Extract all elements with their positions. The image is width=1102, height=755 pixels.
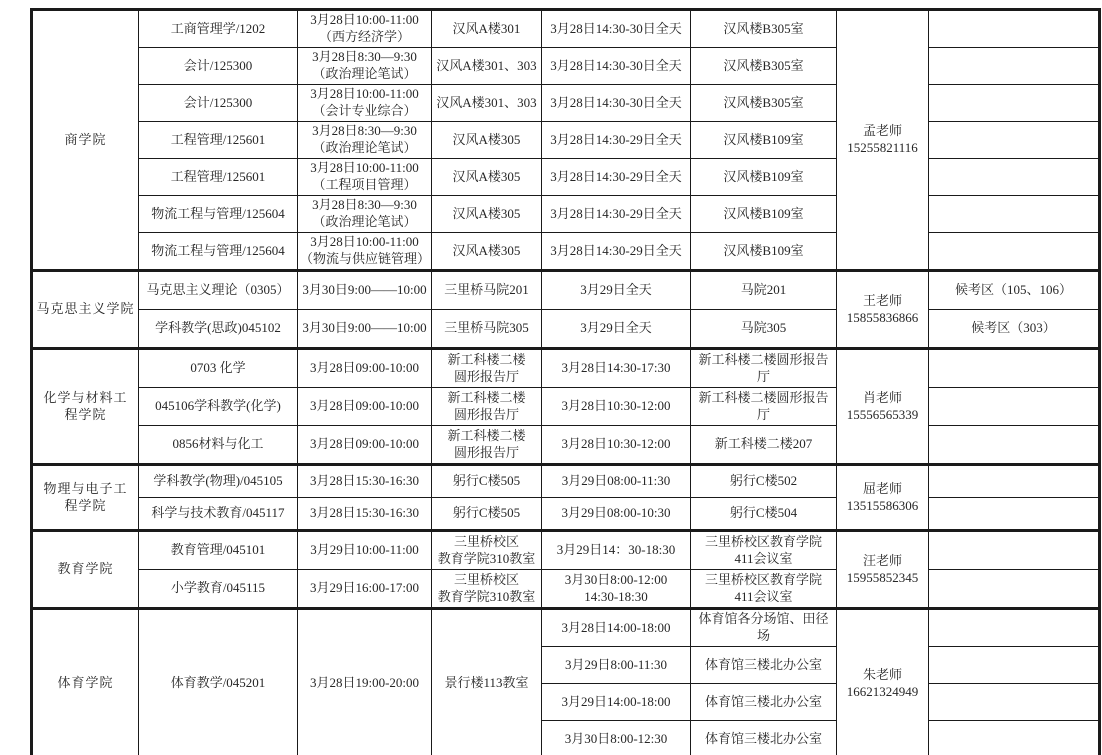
note-cell xyxy=(929,570,1100,609)
interview-time-cell: 3月28日14:30-29日全天 xyxy=(542,159,691,196)
table-row: 物理与电子工程学院学科教学(物理)/0451053月28日15:30-16:30… xyxy=(32,465,1100,498)
exam-location-cell: 景行楼113教室 xyxy=(432,609,542,755)
interview-location-cell: 汉风楼B109室 xyxy=(691,159,837,196)
note-cell: 候考区（105、106） xyxy=(929,271,1100,310)
table-row: 工程管理/1256013月28日8:30—9:30（政治理论笔试）汉风A楼305… xyxy=(32,122,1100,159)
interview-time-cell: 3月30日8:00-12:0014:30-18:30 xyxy=(542,570,691,609)
exam-location-cell: 三里桥校区教育学院310教室 xyxy=(432,570,542,609)
exam-time-cell: 3月28日8:30—9:30（政治理论笔试） xyxy=(298,48,432,85)
exam-time-cell: 3月29日16:00-17:00 xyxy=(298,570,432,609)
interview-time-cell: 3月28日14:30-17:30 xyxy=(542,349,691,388)
note-cell xyxy=(929,609,1100,647)
table-row: 商学院工商管理学/12023月28日10:00-11:00（西方经济学）汉风A楼… xyxy=(32,10,1100,48)
interview-location-cell: 体育馆三楼北办公室 xyxy=(691,647,837,684)
contact-cell: 孟老师15255821116 xyxy=(837,10,929,271)
interview-location-cell: 马院201 xyxy=(691,271,837,310)
interview-time-cell: 3月28日14:30-29日全天 xyxy=(542,233,691,271)
program-cell: 小学教育/045115 xyxy=(139,570,298,609)
exam-schedule-body: 商学院工商管理学/12023月28日10:00-11:00（西方经济学）汉风A楼… xyxy=(32,10,1100,755)
interview-time-cell: 3月28日14:30-29日全天 xyxy=(542,196,691,233)
table-row: 会计/1253003月28日10:00-11:00（会计专业综合）汉风A楼301… xyxy=(32,85,1100,122)
note-cell xyxy=(929,85,1100,122)
program-cell: 科学与技术教育/045117 xyxy=(139,498,298,531)
table-row: 体育学院体育教学/0452013月28日19:00-20:00景行楼113教室3… xyxy=(32,609,1100,647)
interview-location-cell: 汉风楼B305室 xyxy=(691,10,837,48)
interview-location-cell: 体育馆三楼北办公室 xyxy=(691,721,837,755)
exam-time-cell: 3月28日09:00-10:00 xyxy=(298,349,432,388)
interview-location-cell: 三里桥校区教育学院411会议室 xyxy=(691,570,837,609)
table-row: 小学教育/0451153月29日16:00-17:00三里桥校区教育学院310教… xyxy=(32,570,1100,609)
exam-location-cell: 汉风A楼301、303 xyxy=(432,85,542,122)
college-cell: 化学与材料工程学院 xyxy=(32,349,139,465)
exam-location-cell: 汉风A楼305 xyxy=(432,122,542,159)
interview-time-cell: 3月29日全天 xyxy=(542,271,691,310)
program-cell: 物流工程与管理/125604 xyxy=(139,196,298,233)
interview-time-cell: 3月28日14:00-18:00 xyxy=(542,609,691,647)
exam-location-cell: 汉风A楼301、303 xyxy=(432,48,542,85)
exam-time-cell: 3月30日9:00——10:00 xyxy=(298,271,432,310)
exam-location-cell: 躬行C楼505 xyxy=(432,465,542,498)
program-cell: 0856材料与化工 xyxy=(139,426,298,465)
exam-time-cell: 3月30日9:00——10:00 xyxy=(298,310,432,349)
interview-location-cell: 新工科楼二楼圆形报告厅 xyxy=(691,388,837,426)
exam-time-cell: 3月28日15:30-16:30 xyxy=(298,498,432,531)
table-row: 0856材料与化工3月28日09:00-10:00新工科楼二楼圆形报告厅3月28… xyxy=(32,426,1100,465)
table-row: 物流工程与管理/1256043月28日10:00-11:00（物流与供应链管理）… xyxy=(32,233,1100,271)
exam-time-cell: 3月28日10:00-11:00（工程项目管理） xyxy=(298,159,432,196)
interview-location-cell: 汉风楼B109室 xyxy=(691,196,837,233)
exam-location-cell: 汉风A楼305 xyxy=(432,196,542,233)
program-cell: 工商管理学/1202 xyxy=(139,10,298,48)
interview-time-cell: 3月28日14:30-30日全天 xyxy=(542,10,691,48)
exam-location-cell: 汉风A楼305 xyxy=(432,233,542,271)
exam-time-cell: 3月28日10:00-11:00（会计专业综合） xyxy=(298,85,432,122)
exam-location-cell: 汉风A楼305 xyxy=(432,159,542,196)
college-cell: 商学院 xyxy=(32,10,139,271)
interview-location-cell: 汉风楼B305室 xyxy=(691,48,837,85)
interview-location-cell: 汉风楼B109室 xyxy=(691,122,837,159)
note-cell xyxy=(929,684,1100,721)
exam-time-cell: 3月28日8:30—9:30（政治理论笔试） xyxy=(298,196,432,233)
note-cell xyxy=(929,465,1100,498)
contact-cell: 肖老师15556565339 xyxy=(837,349,929,465)
table-row: 科学与技术教育/0451173月28日15:30-16:30躬行C楼5053月2… xyxy=(32,498,1100,531)
note-cell xyxy=(929,498,1100,531)
table-row: 物流工程与管理/1256043月28日8:30—9:30（政治理论笔试）汉风A楼… xyxy=(32,196,1100,233)
note-cell xyxy=(929,122,1100,159)
exam-location-cell: 汉风A楼301 xyxy=(432,10,542,48)
program-cell: 工程管理/125601 xyxy=(139,122,298,159)
contact-cell: 王老师15855836866 xyxy=(837,271,929,349)
interview-location-cell: 新工科楼二楼207 xyxy=(691,426,837,465)
interview-time-cell: 3月28日10:30-12:00 xyxy=(542,426,691,465)
program-cell: 会计/125300 xyxy=(139,48,298,85)
note-cell xyxy=(929,10,1100,48)
table-row: 工程管理/1256013月28日10:00-11:00（工程项目管理）汉风A楼3… xyxy=(32,159,1100,196)
note-cell xyxy=(929,531,1100,570)
program-cell: 045106学科教学(化学) xyxy=(139,388,298,426)
interview-time-cell: 3月29日14:00-18:00 xyxy=(542,684,691,721)
college-cell: 体育学院 xyxy=(32,609,139,755)
program-cell: 马克思主义理论（0305） xyxy=(139,271,298,310)
interview-time-cell: 3月28日14:30-30日全天 xyxy=(542,85,691,122)
note-cell xyxy=(929,388,1100,426)
college-cell: 物理与电子工程学院 xyxy=(32,465,139,531)
table-row: 马克思主义学院马克思主义理论（0305）3月30日9:00——10:00三里桥马… xyxy=(32,271,1100,310)
interview-time-cell: 3月29日8:00-11:30 xyxy=(542,647,691,684)
program-cell: 体育教学/045201 xyxy=(139,609,298,755)
interview-time-cell: 3月30日8:00-12:30 xyxy=(542,721,691,755)
interview-time-cell: 3月29日08:00-10:30 xyxy=(542,498,691,531)
exam-time-cell: 3月28日09:00-10:00 xyxy=(298,388,432,426)
note-cell xyxy=(929,721,1100,755)
note-cell xyxy=(929,349,1100,388)
table-row: 会计/1253003月28日8:30—9:30（政治理论笔试）汉风A楼301、3… xyxy=(32,48,1100,85)
exam-time-cell: 3月28日09:00-10:00 xyxy=(298,426,432,465)
exam-location-cell: 三里桥马院201 xyxy=(432,271,542,310)
college-cell: 教育学院 xyxy=(32,531,139,609)
note-cell xyxy=(929,426,1100,465)
interview-location-cell: 汉风楼B305室 xyxy=(691,85,837,122)
exam-schedule-page: 商学院工商管理学/12023月28日10:00-11:00（西方经济学）汉风A楼… xyxy=(0,0,1102,755)
program-cell: 教育管理/045101 xyxy=(139,531,298,570)
program-cell: 工程管理/125601 xyxy=(139,159,298,196)
note-cell xyxy=(929,233,1100,271)
table-row: 045106学科教学(化学)3月28日09:00-10:00新工科楼二楼圆形报告… xyxy=(32,388,1100,426)
interview-location-cell: 马院305 xyxy=(691,310,837,349)
exam-schedule-table: 商学院工商管理学/12023月28日10:00-11:00（西方经济学）汉风A楼… xyxy=(30,8,1101,755)
program-cell: 学科教学(物理)/045105 xyxy=(139,465,298,498)
exam-location-cell: 新工科楼二楼圆形报告厅 xyxy=(432,388,542,426)
table-row: 学科教学(思政)0451023月30日9:00——10:00三里桥马院3053月… xyxy=(32,310,1100,349)
exam-location-cell: 躬行C楼505 xyxy=(432,498,542,531)
contact-cell: 屈老师13515586306 xyxy=(837,465,929,531)
interview-time-cell: 3月28日14:30-30日全天 xyxy=(542,48,691,85)
exam-location-cell: 新工科楼二楼圆形报告厅 xyxy=(432,426,542,465)
interview-time-cell: 3月28日10:30-12:00 xyxy=(542,388,691,426)
contact-cell: 汪老师15955852345 xyxy=(837,531,929,609)
interview-time-cell: 3月29日全天 xyxy=(542,310,691,349)
contact-cell: 朱老师16621324949 xyxy=(837,609,929,755)
interview-location-cell: 体育馆各分场馆、田径场 xyxy=(691,609,837,647)
exam-location-cell: 三里桥校区教育学院310教室 xyxy=(432,531,542,570)
exam-time-cell: 3月28日10:00-11:00（物流与供应链管理） xyxy=(298,233,432,271)
exam-time-cell: 3月28日10:00-11:00（西方经济学） xyxy=(298,10,432,48)
note-cell xyxy=(929,647,1100,684)
interview-location-cell: 三里桥校区教育学院411会议室 xyxy=(691,531,837,570)
note-cell xyxy=(929,48,1100,85)
exam-time-cell: 3月28日19:00-20:00 xyxy=(298,609,432,755)
note-cell xyxy=(929,196,1100,233)
note-cell xyxy=(929,159,1100,196)
program-cell: 学科教学(思政)045102 xyxy=(139,310,298,349)
interview-location-cell: 体育馆三楼北办公室 xyxy=(691,684,837,721)
interview-location-cell: 汉风楼B109室 xyxy=(691,233,837,271)
program-cell: 会计/125300 xyxy=(139,85,298,122)
exam-time-cell: 3月28日8:30—9:30（政治理论笔试） xyxy=(298,122,432,159)
exam-location-cell: 三里桥马院305 xyxy=(432,310,542,349)
college-cell: 马克思主义学院 xyxy=(32,271,139,349)
program-cell: 0703 化学 xyxy=(139,349,298,388)
interview-time-cell: 3月29日08:00-11:30 xyxy=(542,465,691,498)
note-cell: 候考区（303） xyxy=(929,310,1100,349)
interview-location-cell: 新工科楼二楼圆形报告厅 xyxy=(691,349,837,388)
interview-time-cell: 3月29日14：30-18:30 xyxy=(542,531,691,570)
exam-time-cell: 3月28日15:30-16:30 xyxy=(298,465,432,498)
exam-location-cell: 新工科楼二楼圆形报告厅 xyxy=(432,349,542,388)
interview-location-cell: 躬行C楼504 xyxy=(691,498,837,531)
table-row: 教育学院教育管理/0451013月29日10:00-11:00三里桥校区教育学院… xyxy=(32,531,1100,570)
interview-location-cell: 躬行C楼502 xyxy=(691,465,837,498)
program-cell: 物流工程与管理/125604 xyxy=(139,233,298,271)
interview-time-cell: 3月28日14:30-29日全天 xyxy=(542,122,691,159)
table-row: 化学与材料工程学院0703 化学3月28日09:00-10:00新工科楼二楼圆形… xyxy=(32,349,1100,388)
exam-time-cell: 3月29日10:00-11:00 xyxy=(298,531,432,570)
